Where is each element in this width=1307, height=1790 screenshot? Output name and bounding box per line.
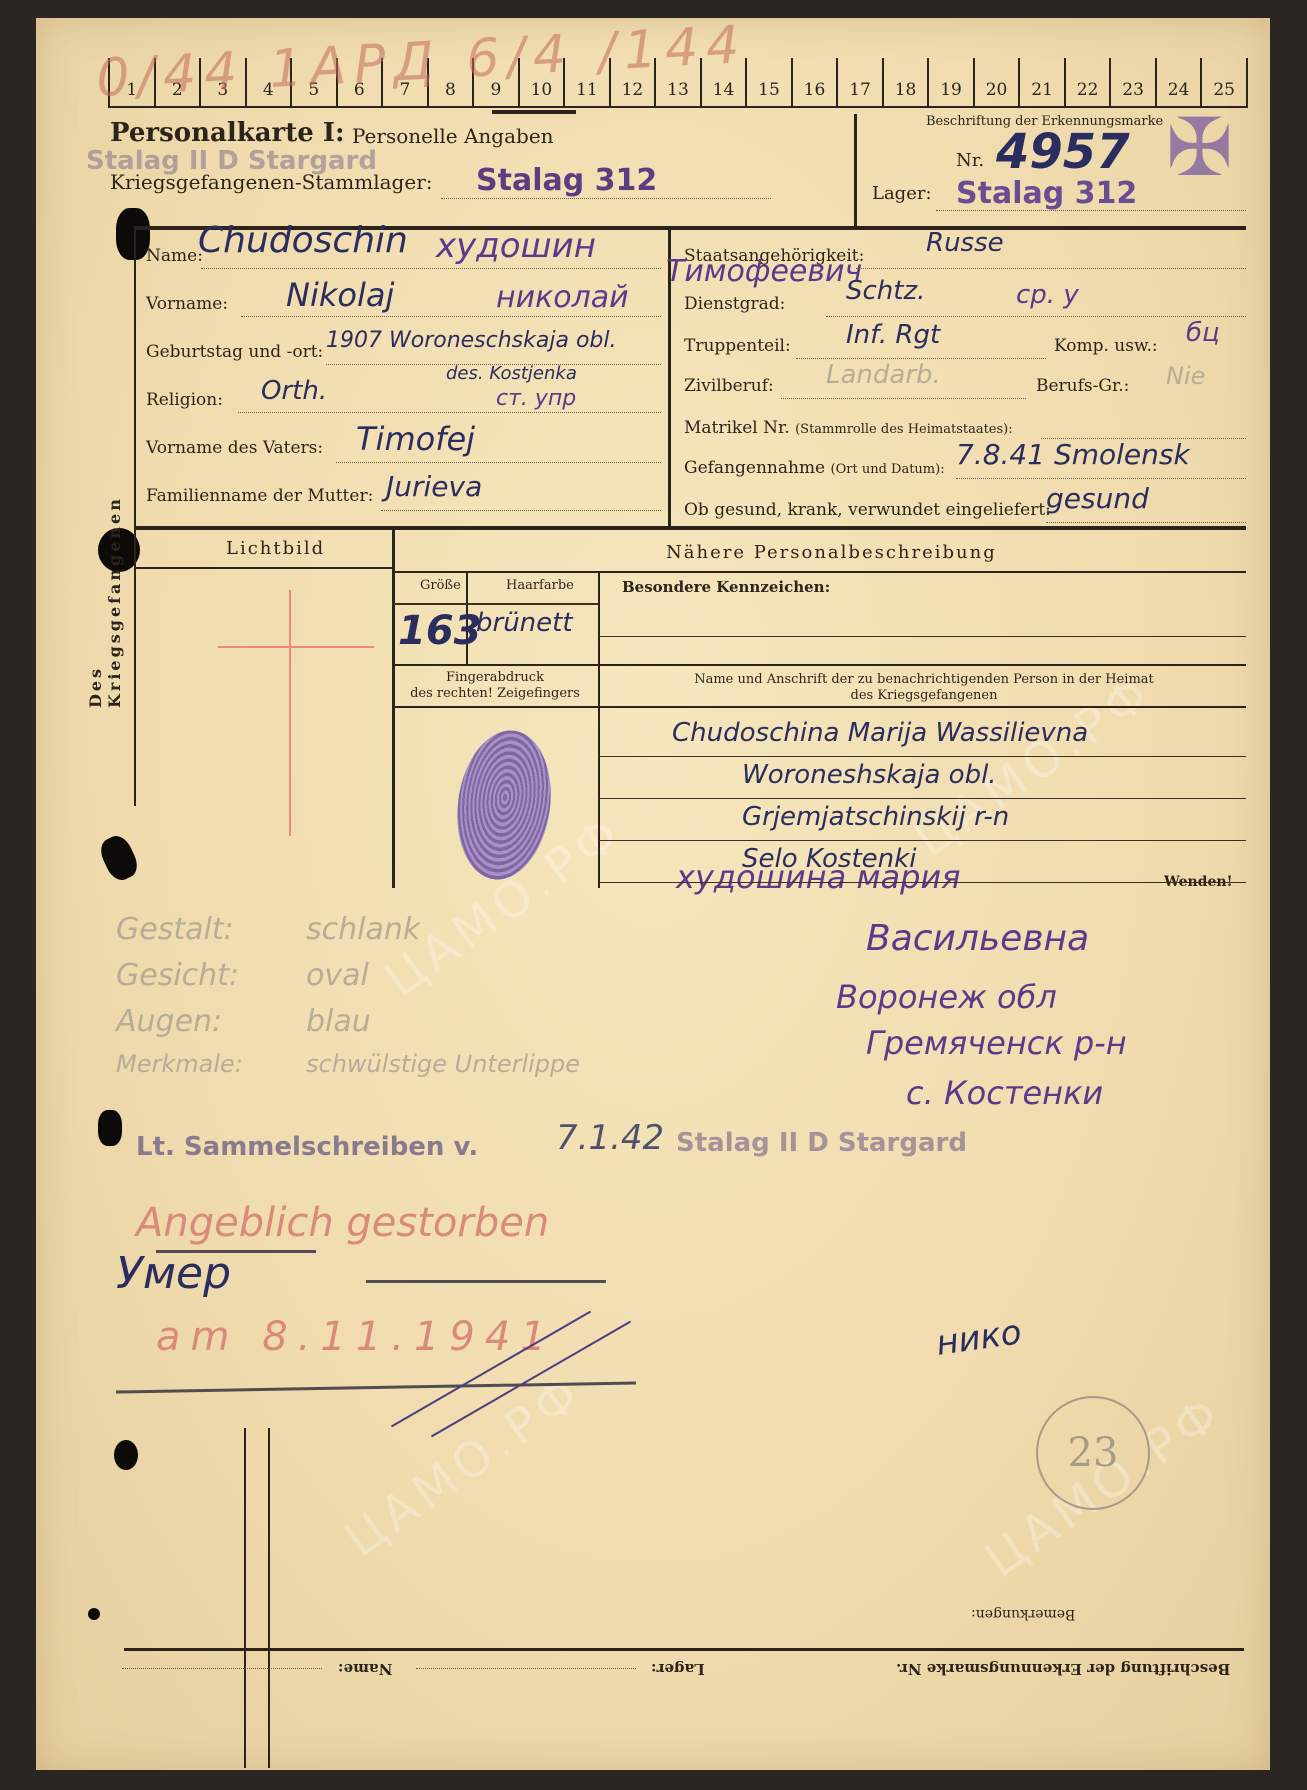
pencil-note: Gesicht: oval	[116, 958, 369, 993]
dotted-line	[936, 210, 1246, 211]
contact-line: Chudoschina Marija Wassilievna	[672, 718, 1088, 748]
death-ru-word: Умер	[116, 1248, 231, 1299]
mutter-value: Jurieva	[386, 470, 482, 503]
divider	[492, 110, 576, 114]
death-red-date: am 8.11.1941	[156, 1314, 556, 1360]
ruler-cell: 24	[1155, 58, 1201, 106]
ru-address-line: Гремяченск р-н	[866, 1024, 1127, 1062]
ru-address-line: Воронеж обл	[836, 978, 1057, 1016]
matrikel-label: Matrikel Nr. (Stammrolle des Heimatstaat…	[684, 418, 1013, 438]
haarfarbe-label: Haarfarbe	[506, 578, 574, 593]
divider	[392, 603, 598, 605]
geburt-note-ru: ст. упр	[496, 386, 576, 411]
geburt-label: Geburtstag und -ort:	[146, 342, 323, 362]
ruler-cell: 16	[791, 58, 837, 106]
contact-line: Woroneshskaja obl.	[742, 760, 997, 790]
name-value-ru: худошин	[436, 226, 596, 266]
truppenteil-value: Inf. Rgt	[846, 320, 940, 350]
side-label: Des Kriegsgefangenen	[86, 468, 124, 708]
ruler-cell: 20	[973, 58, 1019, 106]
divider	[392, 664, 1246, 666]
ruler-cell: 15	[745, 58, 791, 106]
photo-cross-icon	[218, 646, 374, 648]
divider	[134, 567, 392, 569]
geburt-value: 1907 Woroneschskaja obl.	[326, 328, 616, 353]
footer-lager-label: Lager:	[651, 1660, 705, 1678]
name-value: Chudoschin	[198, 220, 408, 261]
divider	[598, 840, 1246, 841]
punch-hole	[116, 208, 150, 260]
divider	[392, 706, 1246, 708]
divider	[598, 798, 1246, 799]
komp-value: бц	[1186, 318, 1220, 348]
card-subtitle: Personelle Angaben	[352, 124, 554, 148]
punch-hole	[98, 1110, 122, 1146]
ruler-cell: 19	[927, 58, 973, 106]
vorname-value: Nikolaj	[286, 276, 394, 314]
ru-address-line: с. Костенки	[906, 1074, 1103, 1112]
dienstgrad-value: Schtz.	[846, 276, 925, 306]
footer-tag-label: Beschriftung der Erkennungsmarke Nr.	[896, 1660, 1230, 1678]
sammel-camp-stamp: Stalag II D Stargard	[676, 1128, 967, 1158]
gefangennahme-label: Gefangennahme (Ort und Datum):	[684, 458, 945, 478]
ruler-cell: 18	[882, 58, 928, 106]
divider	[268, 1428, 270, 1768]
footer-name-label: Name:	[338, 1660, 392, 1678]
vater-value: Timofej	[356, 420, 475, 458]
zivilberuf-label: Zivilberuf:	[684, 376, 774, 396]
berufs-gr-label: Berufs-Gr.:	[1036, 376, 1129, 396]
contact-line: Selo Kostenki	[742, 844, 916, 874]
bemerkungen-label: Bemerkungen:	[971, 1606, 1075, 1622]
divider	[392, 528, 395, 888]
dotted-line	[416, 1668, 636, 1669]
zivilberuf-value: Landarb.	[826, 360, 941, 390]
truppenteil-label: Truppenteil:	[684, 336, 791, 356]
dotted-line	[796, 358, 1046, 359]
geburt-note: des. Kostjenka	[446, 363, 577, 384]
divider	[244, 1428, 246, 1768]
dotted-line	[781, 398, 1026, 399]
dotted-line	[441, 198, 771, 199]
nr-label: Nr.	[956, 150, 984, 171]
ruler-cell: 21	[1018, 58, 1064, 106]
pencil-note: Merkmale: schwülstige Unterlippe	[116, 1050, 580, 1078]
watermark: ЦАМО.РФ	[335, 1364, 594, 1569]
signature: нико	[934, 1312, 1024, 1364]
staat-value: Russe	[926, 228, 1004, 258]
dotted-line	[956, 478, 1246, 479]
dotted-line	[381, 510, 661, 511]
vater-label: Vorname des Vaters:	[146, 438, 323, 458]
card-title: Personalkarte I:	[110, 118, 345, 148]
mutter-label: Familienname der Mutter:	[146, 486, 373, 506]
divider	[854, 114, 857, 226]
vorname-label: Vorname:	[146, 294, 228, 314]
haarfarbe-value: brünett	[476, 608, 573, 638]
groesse-value: 163	[398, 608, 482, 654]
contact-label: Name und Anschrift der zu benachrichtige…	[602, 672, 1246, 704]
circle-stamp: 23	[1036, 1396, 1150, 1510]
komp-label: Komp. usw.:	[1054, 336, 1158, 356]
groesse-label: Größe	[420, 578, 461, 593]
name-label: Name:	[146, 246, 203, 266]
berufs-gr-value: Nie	[1166, 362, 1205, 390]
gesund-value: gesund	[1046, 482, 1149, 515]
kennzeichen-label: Besondere Kennzeichen:	[622, 578, 830, 596]
dotted-line	[826, 316, 1246, 317]
pencil-note: Augen: blau	[116, 1004, 371, 1039]
dotted-line	[336, 462, 661, 463]
divider	[598, 882, 1246, 883]
sammel-stamp: Lt. Sammelschreiben v.	[136, 1132, 478, 1162]
divider	[124, 1648, 1244, 1651]
punch-hole	[114, 1440, 138, 1470]
personal-card: ЦАМО.РФ ЦАМО.РФ ЦАМО.РФ ЦАМО.РФ 12345678…	[36, 18, 1270, 1770]
dotted-line	[1046, 522, 1246, 523]
ruler-cell: 23	[1109, 58, 1155, 106]
ru-address-line: Васильевна	[866, 918, 1089, 959]
ruler-cell: 22	[1064, 58, 1110, 106]
divider	[598, 756, 1246, 757]
camp-label: Kriegsgefangenen-Stammlager:	[110, 170, 433, 194]
lager-value: Stalag 312	[956, 176, 1137, 211]
death-red-text: Angeblich gestorben	[136, 1200, 549, 1246]
dotted-line	[201, 268, 661, 269]
nr-value: 4957	[996, 124, 1130, 180]
divider	[598, 636, 1246, 637]
strike-line	[366, 1280, 606, 1283]
religion-value: Orth.	[261, 376, 327, 406]
gefangennahme-value: 7.8.41 Smolensk	[956, 438, 1190, 471]
vorname-value-ru: николай	[496, 280, 629, 315]
ruler-cell: 25	[1200, 58, 1248, 106]
divider	[392, 571, 1246, 573]
camp-value: Stalag 312	[476, 163, 657, 198]
dienstgrad-label: Dienstgrad:	[684, 294, 785, 314]
photo-cross-icon	[289, 590, 291, 836]
dotted-line	[241, 316, 661, 317]
section-header: Nähere Personalbeschreibung	[666, 542, 997, 563]
divider	[134, 526, 1246, 530]
punch-hole	[88, 1608, 100, 1620]
sammel-date: 7.1.42	[556, 1118, 664, 1158]
staat-value-ru: Тимофеевич	[666, 254, 862, 289]
pencil-note: Gestalt: schlank	[116, 912, 420, 947]
ruler-cell: 17	[836, 58, 882, 106]
contact-line: Grjemjatschinskij r-n	[742, 802, 1009, 832]
photo-header: Lichtbild	[226, 538, 325, 559]
punch-hole	[96, 832, 142, 885]
cross-stamp-icon: ✠	[1166, 108, 1236, 188]
religion-label: Religion:	[146, 390, 223, 410]
dotted-line	[856, 268, 1246, 269]
finger-label: Fingerabdruck des rechten! Zeigefingers	[392, 670, 598, 702]
lager-label: Lager:	[872, 183, 932, 204]
dienstgrad-value-ru: ср. у	[1016, 280, 1079, 310]
dotted-line	[122, 1668, 322, 1669]
divider	[134, 226, 136, 806]
dotted-line	[238, 412, 661, 413]
gesund-label: Ob gesund, krank, verwundet eingeliefert…	[684, 500, 1051, 520]
